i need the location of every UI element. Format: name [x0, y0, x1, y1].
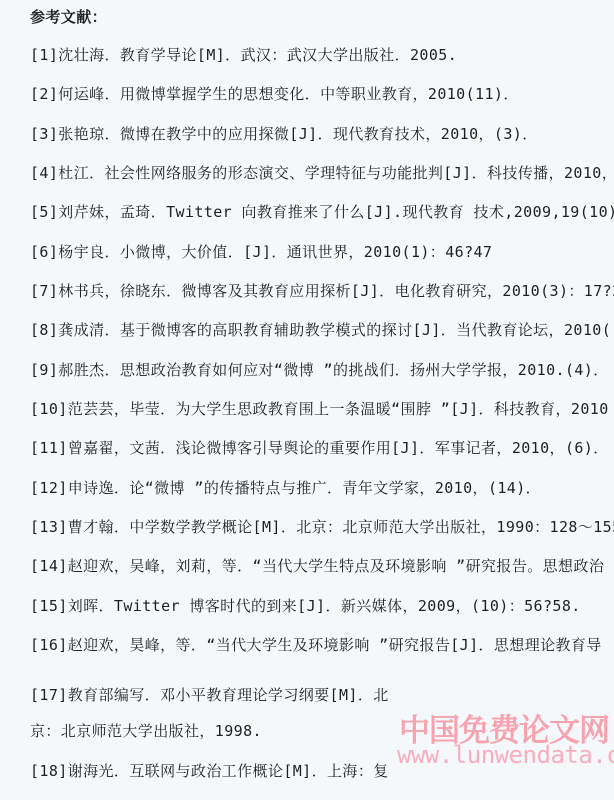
- reference-7: [7]林书兵，徐晓东．微博客及其教育应用探析[J]．电化教育研究，2010(3)…: [30, 282, 614, 301]
- reference-12: [12]申诗逸．论“微博 ”的传播特点与推广．青年文学家，2010，(14)．: [30, 479, 541, 498]
- reference-3: [3]张艳琼．微博在教学中的应用探微[J]．现代教育技术，2010，(3)．: [30, 125, 538, 144]
- reference-1: [1]沈壮海．教育学导论[M]．武汉：武汉大学出版社．2005.: [30, 46, 457, 65]
- reference-15: [15]刘晖．Twitter 博客时代的到来[J]．新兴媒体，2009，(10)…: [30, 597, 581, 616]
- reference-14: [14]赵迎欢，吴峰，刘莉，等．“当代大学生特点及环境影响 ”研究报告。思想政治: [30, 557, 604, 576]
- reference-9: [9]郝胜杰．思想政治教育如何应对“微博 ”的挑战们．扬州大学学报，2010.(…: [30, 361, 609, 380]
- reference-4: [4]杜江．社会性网络服务的形态演交、学理特征与功能批判[J]．科技传播，201…: [30, 164, 614, 183]
- reference-8: [8]龚成清．基于微博客的高职教育辅助教学模式的探讨[J]．当代教育论坛，201…: [30, 321, 611, 340]
- reference-16: [16]赵迎欢，昊峰，等．“当代大学生及环境影响 ”研究报告[J]．思想理论教育…: [30, 636, 602, 655]
- watermark-site-url: www.lunwendata.com: [397, 741, 614, 769]
- reference-11: [11]曾嘉翟，文茜．浅论微博客引导舆论的重要作用[J]．军事记者，2010，(…: [30, 439, 609, 458]
- reference-5: [5]刘芹妹，孟琦．Twitter 向教育推来了什么[J].现代教育 技术,20…: [30, 203, 614, 222]
- reference-2: [2]何运峰．用微博掌握学生的思想变化．中等职业教育，2010(11)．: [30, 85, 519, 104]
- reference-6: [6]杨宇良．小微博，大价值．[J]．通讯世界，2010(1)：46?47: [30, 243, 492, 262]
- reference-18: [18]谢海光．互联网与政治工作概论[M]．上海：复: [30, 762, 389, 781]
- references-page: 参考文献： [1]沈壮海．教育学导论[M]．武汉：武汉大学出版社．2005. […: [0, 0, 614, 800]
- reference-17-continuation: 京：北京师范大学出版社，1998.: [30, 722, 262, 741]
- reference-17: [17]教育部编写．邓小平教育理论学习纲要[M]．北: [30, 686, 389, 705]
- references-heading: 参考文献：: [30, 8, 107, 27]
- reference-13: [13]曹才翰．中学数学教学概论[M]．北京：北京师范大学出版社，1990：12…: [30, 518, 614, 537]
- reference-10: [10]范芸芸，毕莹．为大学生思政教育围上一条温暖“围脖 ”[J]．科技教育，2…: [30, 400, 609, 419]
